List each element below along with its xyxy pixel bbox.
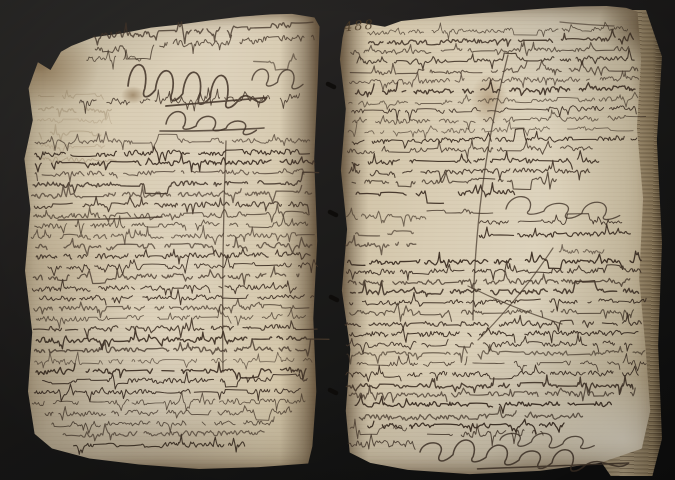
right-page (336, 5, 662, 477)
right-page-gutter-shadow (336, 5, 662, 477)
left-page-gutter-shadow (22, 13, 322, 469)
page-number: 488 (343, 18, 375, 36)
left-page (22, 13, 322, 469)
manuscript-photo: 488 (0, 0, 675, 480)
